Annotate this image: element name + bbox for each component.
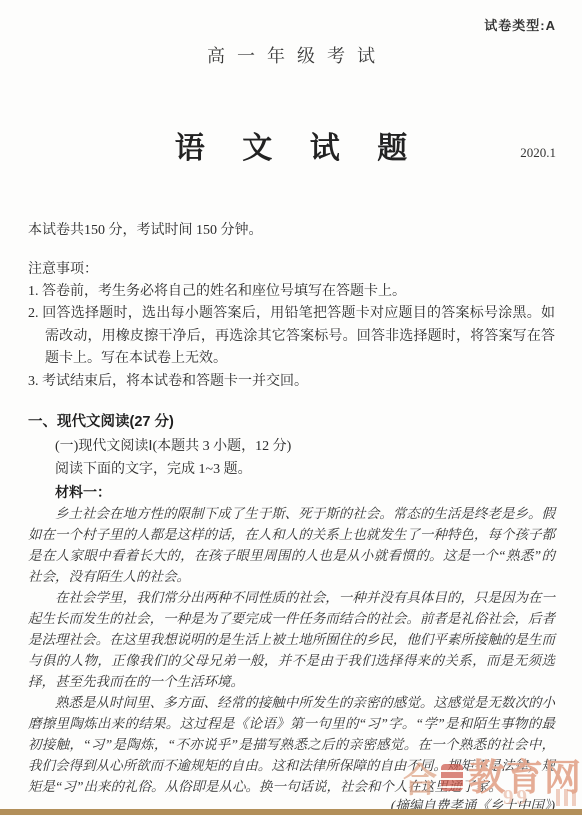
notice-title: 注意事项： [28, 258, 555, 281]
material-paragraph: 乡土社会在地方性的限制下成了生于斯、死于斯的社会。常态的生活是终老是乡。假如在一… [28, 503, 555, 587]
notice-block: 注意事项： 1. 答卷前，考生务必将自己的姓名和座位号填写在答题卡上。 2. 回… [28, 258, 555, 393]
exam-date: 2020.1 [520, 145, 556, 161]
exam-summary: 本试卷共150 分，考试时间 150 分钟。 [28, 220, 555, 242]
material-paragraph: 熟悉是从时间里、多方面、经常的接触中所发生的亲密的感觉。这感觉是无数次的小磨擦里… [28, 692, 555, 797]
notice-item: 1. 答卷前，考生务必将自己的姓名和座位号填写在答题卡上。 [28, 281, 555, 303]
reading-instruction: 阅读下面的文字，完成 1~3 题。 [28, 458, 555, 481]
exam-paper-page: 试卷类型:A 高一年级考试 语 文 试 题 2020.1 本试卷共150 分，考… [0, 0, 582, 816]
exam-grade-title: 高一年级考试 [0, 42, 582, 68]
paper-type-label: 试卷类型:A [484, 15, 556, 34]
watermark-bars-decoration [556, 789, 580, 806]
subsection-heading: (一)现代文阅读Ⅰ(本题共 3 小题，12 分) [28, 435, 555, 458]
material-label: 材料一： [28, 481, 555, 503]
footer-bar [0, 809, 582, 815]
exam-body: 本试卷共150 分，考试时间 150 分钟。 注意事项： 1. 答卷前，考生务必… [28, 220, 555, 813]
material-paragraph: 在社会学里，我们常分出两种不同性质的社会，一种并没有具体目的，只是因为在一起生长… [28, 587, 555, 692]
notice-item: 3. 考试结束后，将本试卷和答题卡一并交回。 [28, 371, 555, 393]
notice-item: 2. 回答选择题时，选出每小题答案后，用铅笔把答题卡对应题目的答案标号涂黑。如需… [28, 303, 555, 370]
section-heading: 一、现代文阅读(27 分) [28, 410, 555, 435]
subject-title: 语 文 试 题 [160, 123, 423, 167]
reading-section: 一、现代文阅读(27 分) (一)现代文阅读Ⅰ(本题共 3 小题，12 分) 阅… [28, 410, 555, 813]
